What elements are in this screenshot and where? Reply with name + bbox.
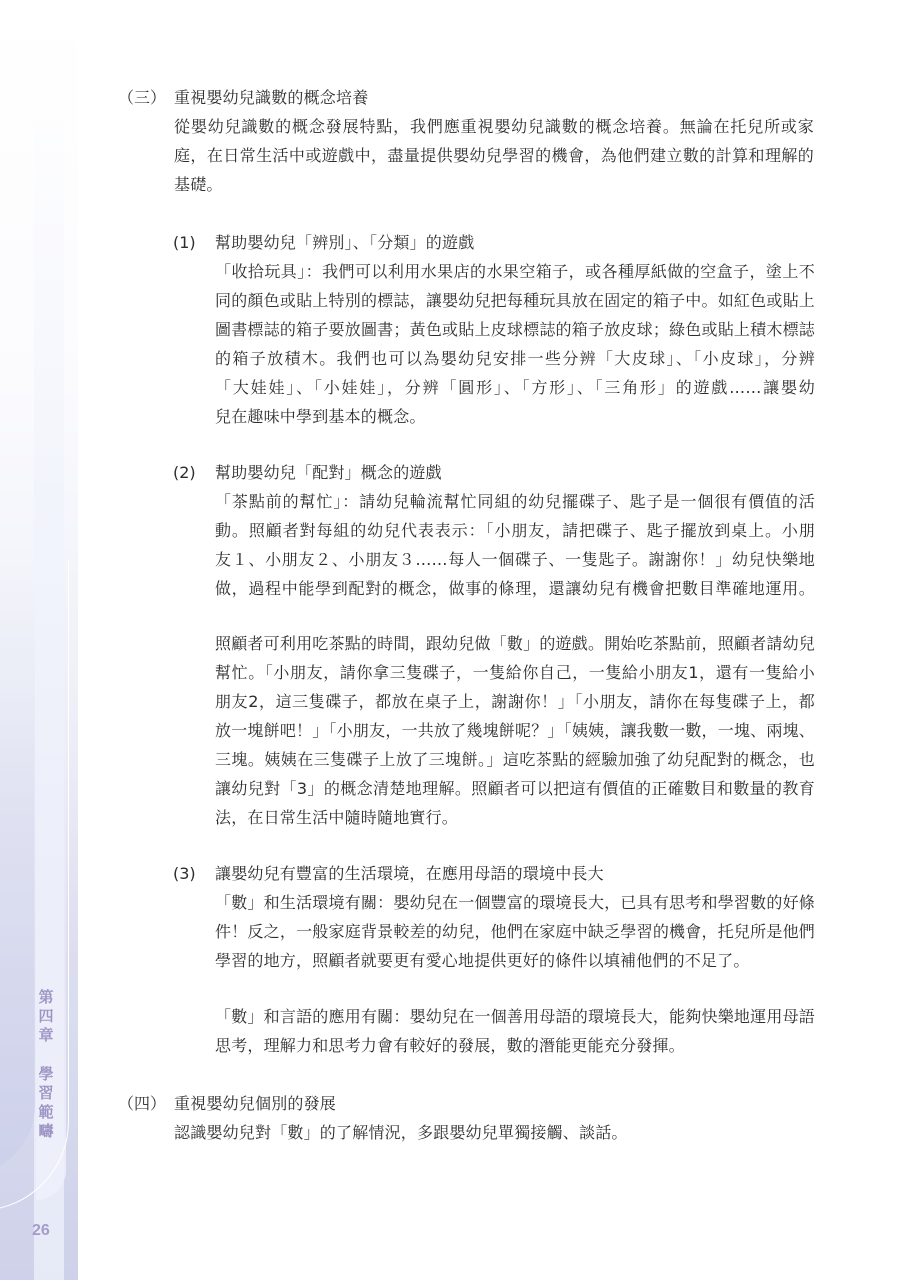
subsection-heading: 幫助嬰幼兒「辨別」、「分類」的遊戲 <box>215 233 474 253</box>
subsection-heading: 幫助嬰幼兒「配對」概念的遊戲 <box>215 463 442 483</box>
section-marker: （三） <box>118 88 166 108</box>
chapter-title-char: 習 <box>36 1084 56 1103</box>
chapter-sideband: 第 四 章 學 習 範 疇 26 <box>0 0 78 1280</box>
paragraph-line: 庭，在日常生活中或遊戲中，盡量提供嬰幼兒學習的機會，為他們建立數的計算和理解的 <box>174 146 814 166</box>
paragraph-line: 「茶點前的幫忙」：請幼兒輪流幫忙同組的幼兒擺碟子、匙子是一個很有價值的活 <box>215 492 815 512</box>
paragraph-line: 基礎。 <box>174 175 223 195</box>
paragraph-line: 同的顏色或貼上特別的標誌，讓嬰幼兒把每種玩具放在固定的箱子中。如紅色或貼上 <box>215 291 815 311</box>
paragraph-line: 從嬰幼兒識數的概念發展特點，我們應重視嬰幼兒識數的概念培養。無論在托兒所或家 <box>174 117 814 137</box>
paragraph-line: 圖書標誌的箱子要放圖書；黃色或貼上皮球標誌的箱子放皮球；綠色或貼上積木標誌 <box>215 320 815 340</box>
paragraph-line: 思考，理解力和思考力會有較好的發展，數的潛能更能充分發揮。 <box>215 1036 685 1056</box>
paragraph-line: 友１、小朋友２、小朋友３……每人一個碟子、一隻匙子。謝謝你！」幼兒快樂地 <box>215 550 815 570</box>
paragraph-line: 讓幼兒對「3」的概念清楚地理解。照顧者可以把這有價值的正確數目和數量的教育 <box>215 779 815 799</box>
paragraph-line: 照顧者可利用吃茶點的時間，跟幼兒做「數」的遊戲。開始吃茶點前，照顧者請幼兒 <box>215 634 815 654</box>
paragraph-line: 「收拾玩具」：我們可以利用水果店的水果空箱子，或各種厚紙做的空盒子，塗上不 <box>215 262 815 282</box>
paragraph-line: 朋友2，這三隻碟子，都放在桌子上，謝謝你！」「小朋友，請你在每隻碟子上，都 <box>215 692 815 712</box>
subsection-marker: (3) <box>173 864 196 884</box>
page-number: 26 <box>32 1222 50 1240</box>
chapter-char: 四 <box>36 1007 56 1026</box>
paragraph-line: 放一塊餅吧！」「小朋友，一共放了幾塊餅呢？」「姨姨，讓我數一數，一塊、兩塊、 <box>215 721 815 741</box>
chapter-label: 第 四 章 學 習 範 疇 <box>36 988 56 1141</box>
paragraph-line: 兒在趣味中學到基本的概念。 <box>215 407 426 427</box>
sideband-curve-line <box>0 560 69 1211</box>
section-marker: （四） <box>118 1094 166 1114</box>
chapter-title-char: 範 <box>36 1103 56 1122</box>
section-heading: 重視嬰幼兒個別的發展 <box>174 1094 336 1114</box>
paragraph-line: 件！反之，一般家庭背景較差的幼兒，他們在家庭中缺乏學習的機會，托兒所是他們 <box>215 922 815 942</box>
subsection-heading: 讓嬰幼兒有豐富的生活環境，在應用母語的環境中長大 <box>215 864 604 884</box>
paragraph-line: 法，在日常生活中隨時隨地實行。 <box>215 808 458 828</box>
paragraph-line: 三塊。姨姨在三隻碟子上放了三塊餅。」這吃茶點的經驗加強了幼兒配對的概念，也 <box>215 750 815 770</box>
paragraph-line: 「數」和言語的應用有關：嬰幼兒在一個善用母語的環境長大，能夠快樂地運用母語 <box>215 1007 815 1027</box>
subsection-marker: (2) <box>173 463 196 483</box>
paragraph-line: 「大娃娃」、「小娃娃」，分辨「圓形」、「方形」、「三角形」的遊戲……讓嬰幼 <box>215 378 815 398</box>
paragraph-line: 幫忙。「小朋友，請你拿三隻碟子，一隻給你自己，一隻給小朋友1，還有一隻給小 <box>215 663 815 683</box>
section-heading: 重視嬰幼兒識數的概念培養 <box>174 88 368 108</box>
paragraph-line: 做，過程中能學到配對的概念，做事的條理，還讓幼兒有機會把數目準確地運用。 <box>215 579 815 599</box>
paragraph-line: 動。照顧者對每組的幼兒代表表示：「小朋友，請把碟子、匙子擺放到桌上。小朋 <box>215 521 815 541</box>
paragraph-line: 「數」和生活環境有關：嬰幼兒在一個豐富的環境長大，已具有思考和學習數的好條 <box>215 893 815 913</box>
chapter-char: 章 <box>36 1026 56 1045</box>
paragraph-line: 的箱子放積木。我們也可以為嬰幼兒安排一些分辨「大皮球」、「小皮球」，分辨 <box>215 349 815 369</box>
chapter-char: 第 <box>36 988 56 1007</box>
chapter-title-char: 疇 <box>36 1122 56 1141</box>
chapter-title-char: 學 <box>36 1065 56 1084</box>
paragraph-line: 認識嬰幼兒對「數」的了解情況，多跟嬰幼兒單獨接觸、談話。 <box>174 1123 628 1143</box>
paragraph-line: 學習的地方，照顧者就要更有愛心地提供更好的條件以填補他們的不足了。 <box>215 951 750 971</box>
subsection-marker: (1) <box>173 233 196 253</box>
